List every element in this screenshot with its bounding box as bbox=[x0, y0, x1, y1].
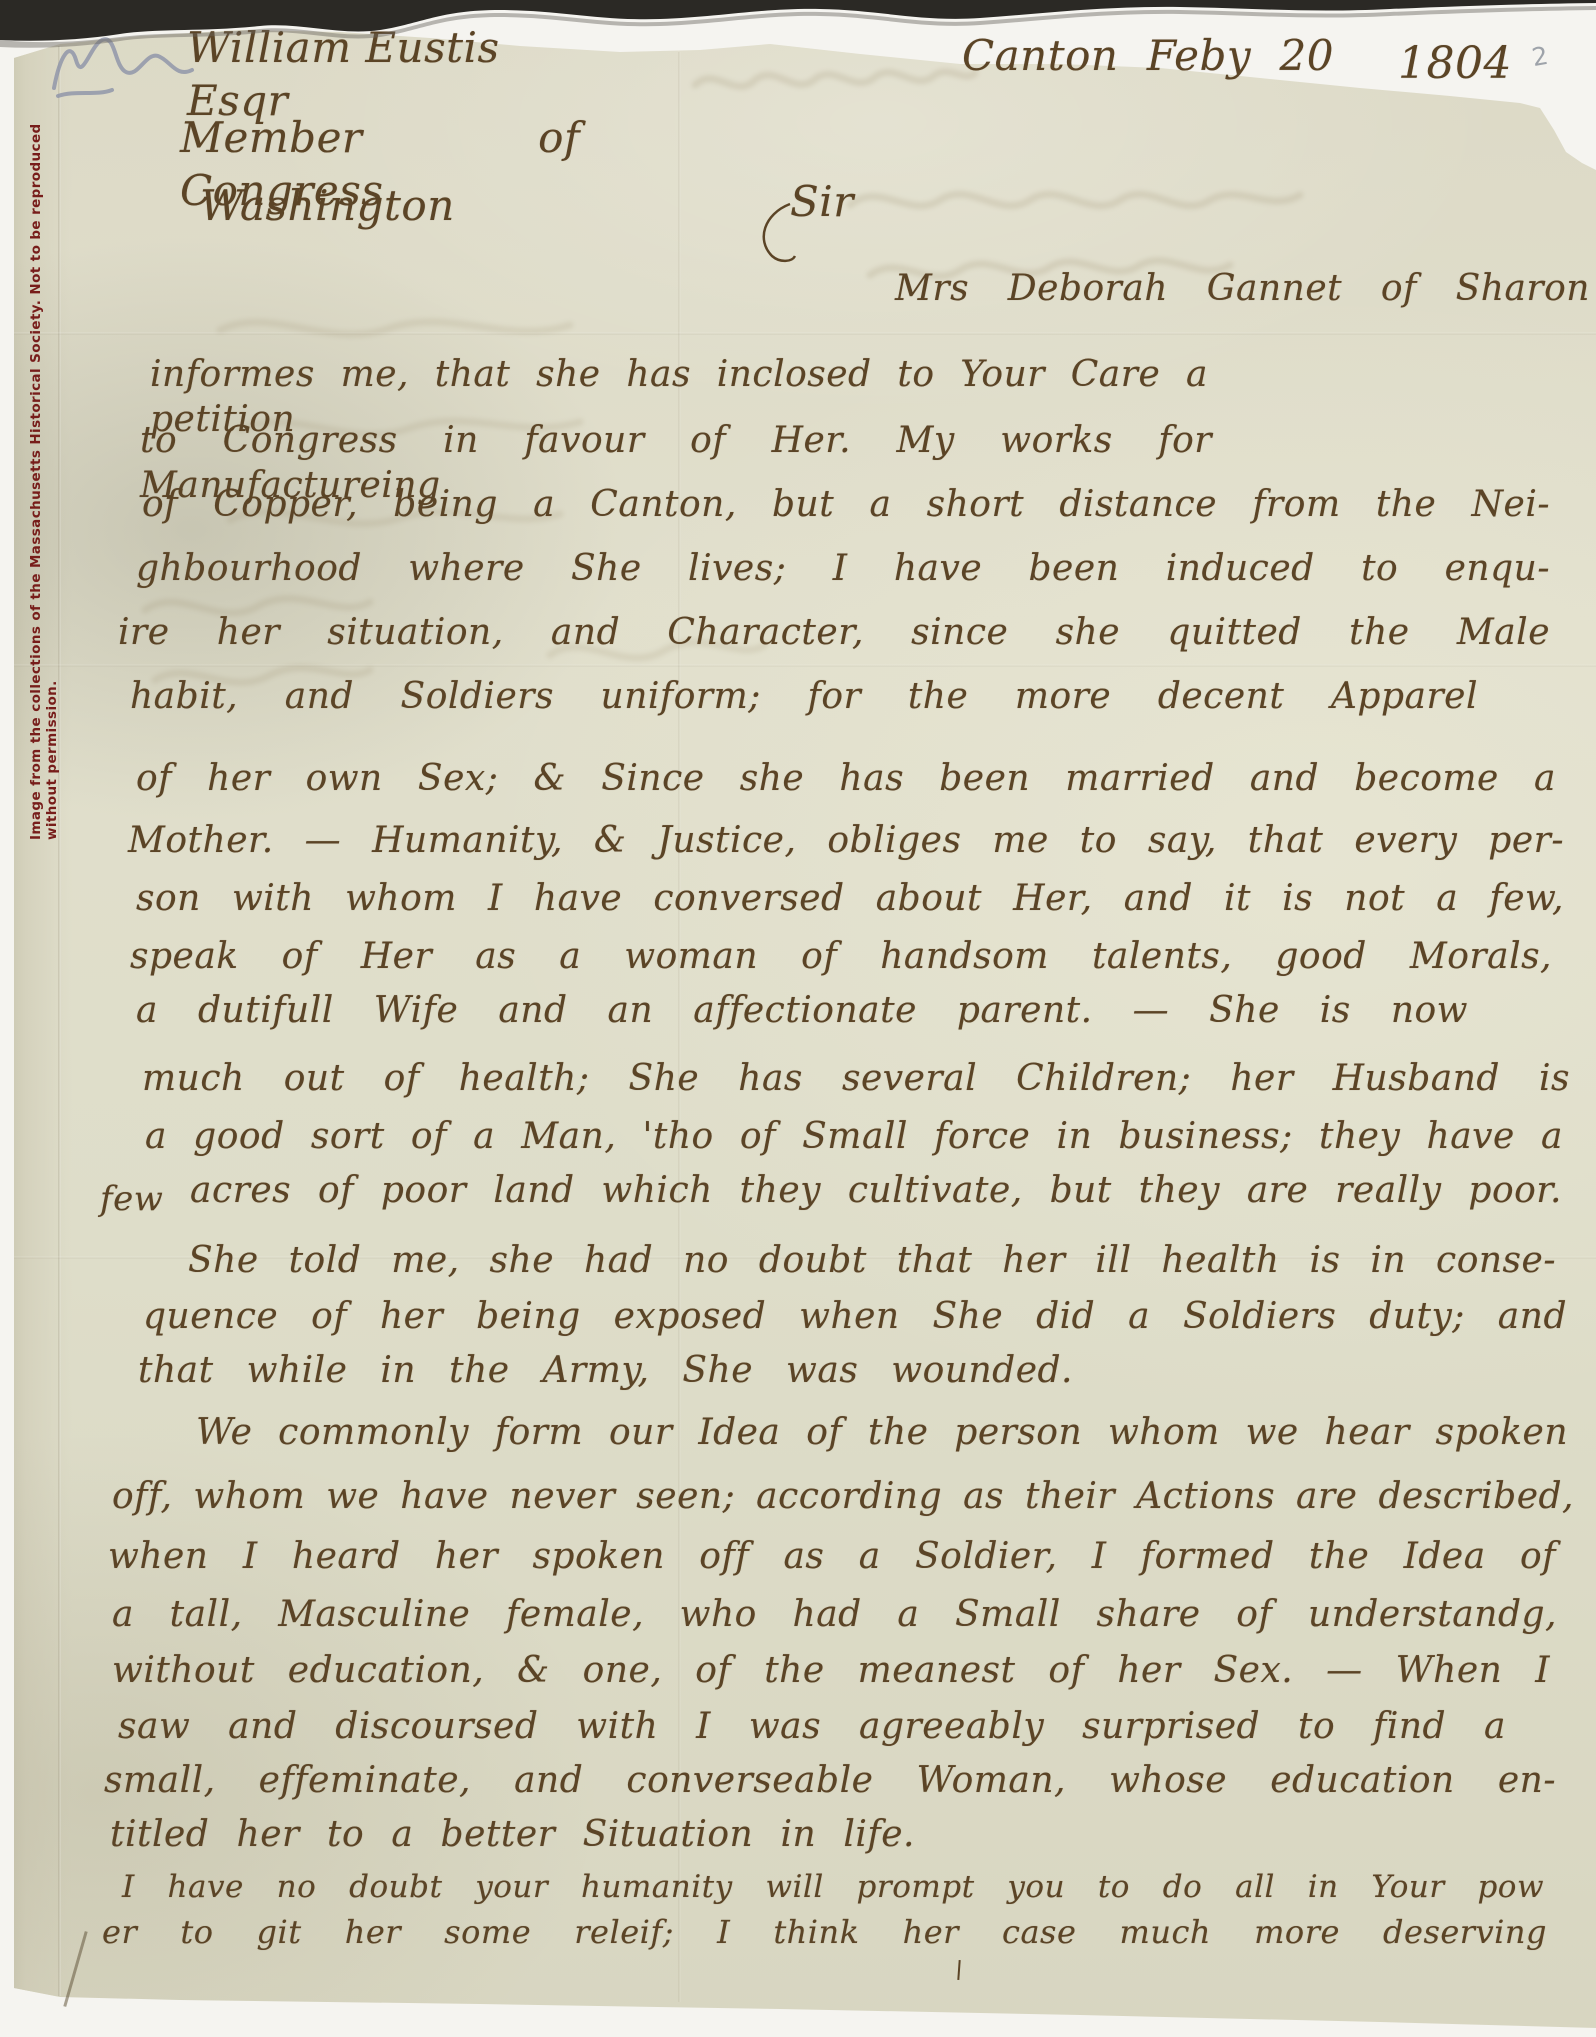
salutation: Sir bbox=[790, 176, 930, 229]
letter-line: Mother. — Humanity, & Justice, obliges m… bbox=[128, 818, 1564, 863]
letter-line: titled her to a better Situation in life… bbox=[110, 1812, 915, 1857]
letter-line: when I heard her spoken off as a Soldier… bbox=[108, 1534, 1556, 1579]
letter-line: quence of her being exposed when She did… bbox=[143, 1294, 1567, 1339]
scan-top-shadow bbox=[0, 0, 1596, 70]
letter-line: a dutifull Wife and an affectionate pare… bbox=[136, 988, 1468, 1033]
manuscript-scan: Image from the collections of the Massac… bbox=[0, 0, 1596, 2037]
letter-line: without education, & one, of the meanest… bbox=[112, 1648, 1550, 1693]
letter-line: son with whom I have conversed about Her… bbox=[136, 876, 1564, 921]
letter-line: of Copper, being a Canton, but a short d… bbox=[142, 482, 1550, 527]
letter-line: much out of health; She has several Chil… bbox=[142, 1056, 1570, 1101]
letter-line: acres of poor land which they cultivate,… bbox=[190, 1168, 1562, 1213]
letter-line: that while in the Army, She was wounded. bbox=[138, 1348, 1073, 1393]
letter-line: Mrs Deborah Gannet of Sharon bbox=[895, 266, 1590, 311]
letter-line: ghbourhood where She lives; I have been … bbox=[136, 546, 1550, 591]
letter-line: a good sort of a Man, 'tho of Small forc… bbox=[145, 1114, 1563, 1159]
letter-line: off, whom we have never seen; according … bbox=[112, 1474, 1574, 1519]
letter-line: er to git her some releif; I think her c… bbox=[102, 1912, 1547, 1952]
letter-line: I have no doubt your humanity will promp… bbox=[122, 1868, 1544, 1907]
letter-line: of her own Sex; & Since she has been mar… bbox=[136, 756, 1556, 801]
letter-line: saw and discoursed with I was agreeably … bbox=[118, 1704, 1506, 1749]
letter-line: small, effeminate, and converseable Woma… bbox=[104, 1758, 1556, 1803]
letter-line: speak of Her as a woman of handsom talen… bbox=[130, 934, 1552, 979]
letter-line: We commonly form our Idea of the person … bbox=[196, 1410, 1568, 1455]
rights-watermark: Image from the collections of the Massac… bbox=[28, 60, 60, 840]
letter-line: habit, and Soldiers uniform; for the mor… bbox=[130, 674, 1478, 719]
margin-word: few bbox=[100, 1178, 190, 1221]
letter-line: ire her situation, and Character, since … bbox=[118, 610, 1550, 655]
letter-line: a tall, Masculine female, who had a Smal… bbox=[112, 1592, 1557, 1637]
recipient-city: Washington bbox=[200, 180, 500, 233]
letter-line: She told me, she had no doubt that her i… bbox=[188, 1238, 1556, 1283]
